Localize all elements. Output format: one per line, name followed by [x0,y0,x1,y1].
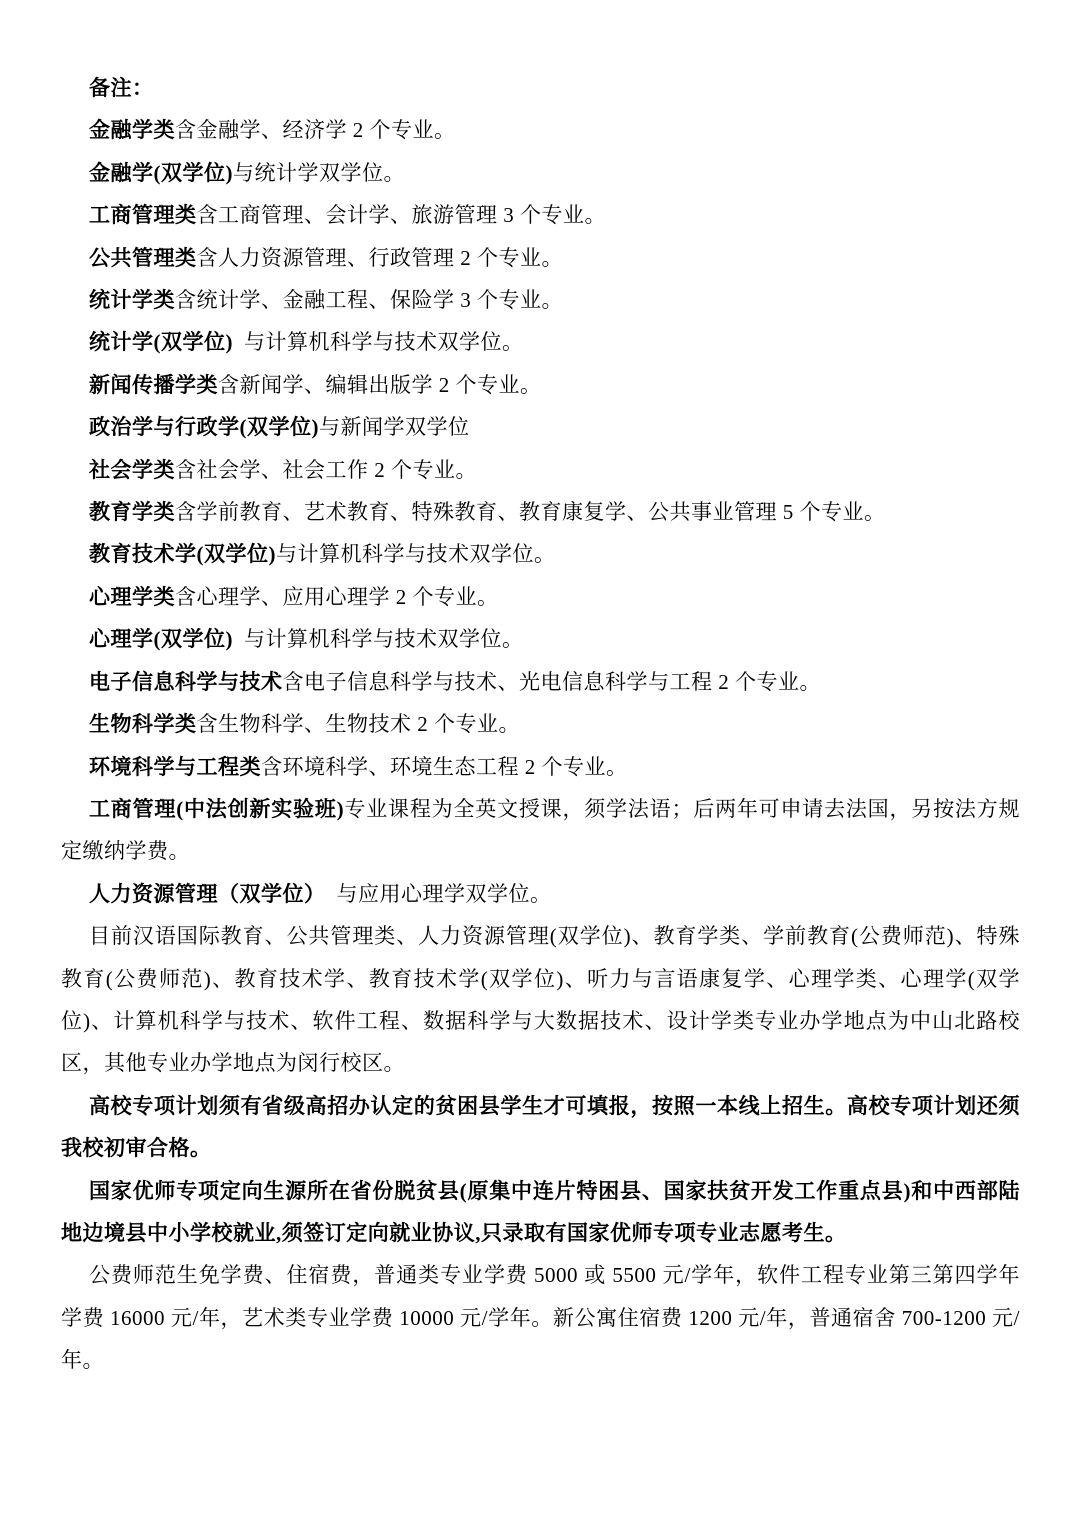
note-text: 与计算机科学与技术双学位。 [276,542,556,566]
note-term: 教育技术学(双学位) [89,542,276,566]
note-text: 含新闻学、编辑出版学 2 个专业。 [218,373,542,397]
note-text: 与应用心理学双学位。 [326,882,552,906]
note-term: 生物科学类 [89,712,197,736]
note-text: 含人力资源管理、行政管理 2 个专业。 [197,246,564,270]
note-term: 统计学类 [89,288,175,312]
note-term: 工商管理(中法创新实验班) [89,797,344,821]
note-paragraph-electronic-info: 电子信息科学与技术含电子信息科学与技术、光电信息科学与工程 2 个专业。 [61,661,1020,703]
note-paragraph-psychology-double-degree: 心理学(双学位) 与计算机科学与技术双学位。 [61,618,1020,660]
note-paragraph-hr-double-degree: 人力资源管理（双学位） 与应用心理学双学位。 [61,873,1020,915]
note-text: 含生物科学、生物技术 2 个专业。 [197,712,521,736]
note-paragraph-tuition-fees: 公费师范生免学费、住宿费，普通类专业学费 5000 或 5500 元/学年，软件… [61,1254,1020,1381]
note-paragraph-finance-class: 金融学类含金融学、经济学 2 个专业。 [61,109,1020,151]
note-term: 环境科学与工程类 [89,755,261,779]
note-term: 教育学类 [89,500,175,524]
document-page: 备注： 金融学类含金融学、经济学 2 个专业。 金融学(双学位)与统计学双学位。… [0,0,1080,1527]
note-term: 电子信息科学与技术 [89,670,283,694]
note-paragraph-politics-double-degree: 政治学与行政学(双学位)与新闻学双学位 [61,406,1020,448]
note-text: 含环境科学、环境生态工程 2 个专业。 [261,755,628,779]
note-term: 社会学类 [89,458,175,482]
note-text-bold: 高校专项计划须有省级高招办认定的贫困县学生才可填报，按照一本线上招生。高校专项计… [61,1094,1020,1160]
note-text: 含心理学、应用心理学 2 个专业。 [175,585,499,609]
note-text: 含统计学、金融工程、保险学 3 个专业。 [175,288,563,312]
note-term: 政治学与行政学(双学位) [89,415,319,439]
note-text: 含工商管理、会计学、旅游管理 3 个专业。 [197,203,607,227]
note-paragraph-statistics-class: 统计学类含统计学、金融工程、保险学 3 个专业。 [61,279,1020,321]
note-term: 心理学类 [89,585,175,609]
note-term: 公共管理类 [89,246,197,270]
note-paragraph-public-admin-class: 公共管理类含人力资源管理、行政管理 2 个专业。 [61,237,1020,279]
note-paragraph-business-admin-class: 工商管理类含工商管理、会计学、旅游管理 3 个专业。 [61,194,1020,236]
note-text: 目前汉语国际教育、公共管理类、人力资源管理(双学位)、教育学类、学前教育(公费师… [61,924,1020,1075]
note-text: 与计算机科学与技术双学位。 [233,627,524,651]
note-text: 含金融学、经济学 2 个专业。 [175,118,456,142]
notes-heading-label: 备注： [89,76,154,100]
note-paragraph-national-teacher-plan: 国家优师专项定向生源所在省份脱贫县(原集中连片特困县、国家扶贫开发工作重点县)和… [61,1170,1020,1255]
note-term: 金融学类 [89,118,175,142]
note-text: 与新闻学双学位 [319,415,470,439]
note-paragraph-environment-class: 环境科学与工程类含环境科学、环境生态工程 2 个专业。 [61,746,1020,788]
note-paragraph-campus-locations: 目前汉语国际教育、公共管理类、人力资源管理(双学位)、教育学类、学前教育(公费师… [61,915,1020,1085]
note-paragraph-biology-class: 生物科学类含生物科学、生物技术 2 个专业。 [61,703,1020,745]
note-paragraph-psychology-class: 心理学类含心理学、应用心理学 2 个专业。 [61,576,1020,618]
notes-heading: 备注： [61,67,1020,109]
note-term: 工商管理类 [89,203,197,227]
note-text: 含学前教育、艺术教育、特殊教育、教育康复学、公共事业管理 5 个专业。 [175,500,886,524]
note-term: 人力资源管理（双学位） [89,882,326,906]
note-text: 公费师范生免学费、住宿费，普通类专业学费 5000 或 5500 元/学年，软件… [61,1263,1020,1372]
note-paragraph-journalism-class: 新闻传播学类含新闻学、编辑出版学 2 个专业。 [61,364,1020,406]
note-text: 与统计学双学位。 [233,161,405,185]
note-paragraph-finance-double-degree: 金融学(双学位)与统计学双学位。 [61,152,1020,194]
note-paragraph-special-plan: 高校专项计划须有省级高招办认定的贫困县学生才可填报，按照一本线上招生。高校专项计… [61,1085,1020,1170]
note-text: 含电子信息科学与技术、光电信息科学与工程 2 个专业。 [283,670,822,694]
note-paragraph-education-class: 教育学类含学前教育、艺术教育、特殊教育、教育康复学、公共事业管理 5 个专业。 [61,491,1020,533]
note-paragraph-statistics-double-degree: 统计学(双学位) 与计算机科学与技术双学位。 [61,321,1020,363]
note-paragraph-sociology-class: 社会学类含社会学、社会工作 2 个专业。 [61,449,1020,491]
note-text-bold: 国家优师专项定向生源所在省份脱贫县(原集中连片特困县、国家扶贫开发工作重点县)和… [61,1179,1020,1245]
note-text: 含社会学、社会工作 2 个专业。 [175,458,477,482]
note-paragraph-edtech-double-degree: 教育技术学(双学位)与计算机科学与技术双学位。 [61,533,1020,575]
note-text: 与计算机科学与技术双学位。 [233,330,524,354]
note-term: 新闻传播学类 [89,373,218,397]
note-term: 统计学(双学位) [89,330,233,354]
note-paragraph-sino-french-program: 工商管理(中法创新实验班)专业课程为全英文授课，须学法语；后两年可申请去法国，另… [61,788,1020,873]
note-term: 心理学(双学位) [89,627,233,651]
note-term: 金融学(双学位) [89,161,233,185]
